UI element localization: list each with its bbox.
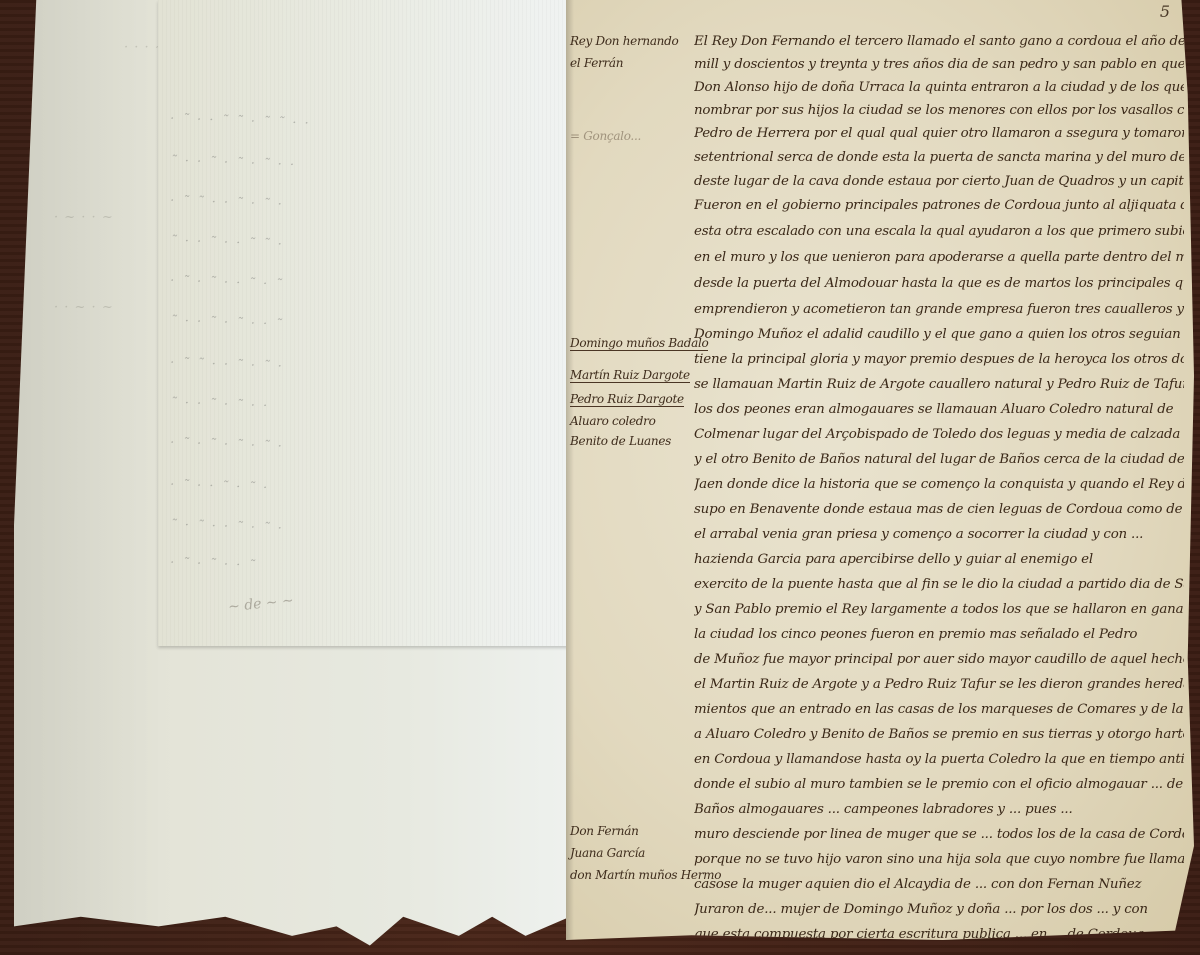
manuscript-line: se llamauan Martin Ruiz de Argote cauall… [694, 377, 1184, 401]
manuscript-line: y San Pablo premio el Rey largamente a t… [694, 602, 1184, 626]
manuscript-line: esta otra escalado con una escala la qua… [694, 224, 1184, 248]
manuscript-line: tiene la principal gloria y mayor premio… [694, 352, 1184, 376]
manuscript-line: El Rey Don Fernando el tercero llamado e… [694, 34, 1184, 58]
manuscript-line: donde el subio al muro tambien se le pre… [694, 777, 1184, 801]
manuscript-line: a Aluaro Coledro y Benito de Baños se pr… [694, 727, 1184, 751]
slip-bleed-line: · ˜ · · ˜ · ˜ · [170, 478, 540, 506]
margin-note: el Ferrán [570, 56, 623, 70]
slip-bleed-line: · ˜ · · ˜ ˜ · ˜ ˜ · · [170, 112, 540, 140]
manuscript-line: supo en Benavente donde estaua mas de ci… [694, 502, 1184, 526]
slip-bleed-line: · ˜ · ˜ · · ˜ · ˜ [170, 274, 540, 302]
manuscript-line: en Cordoua y llamandose hasta oy la puer… [694, 752, 1184, 776]
manuscript-line: setentrional serca de donde esta la puer… [694, 150, 1184, 174]
manuscript-line: el Martin Ruiz de Argote y a Pedro Ruiz … [694, 677, 1184, 701]
manuscript-line: mill y doscientos y treynta y tres años … [694, 57, 1184, 81]
margin-note: Benito de Luanes [570, 434, 671, 448]
manuscript-line: Baños almogauares ... campeones labrador… [694, 802, 1184, 826]
folio-number: 5 [1160, 2, 1170, 21]
bleed-through-mark: · ~ · · ~ [54, 210, 114, 225]
slip-bleed-line: ˜ · ˜ · · ˜ · ˜ · [170, 518, 540, 546]
manuscript-line: el arrabal venia gran priesa y començo a… [694, 527, 1184, 551]
page-fold-shadow [14, 0, 164, 955]
slip-bleed-line: ˜ · · ˜ · ˜ · ˜ · · [170, 154, 540, 182]
manuscript-line: Pedro de Herrera por el qual qual quier … [694, 126, 1184, 150]
manuscript-line: muro desciende por linea de muger que se… [694, 827, 1184, 851]
margin-note: Juana García [570, 846, 645, 860]
manuscript-line: Juraron de... mujer de Domingo Muñoz y d… [694, 902, 1184, 926]
margin-note: Domingo muños Badalo [570, 336, 708, 351]
manuscript-line: Jaen donde dice la historia que se comen… [694, 477, 1184, 501]
manuscript-line: la ciudad los cinco peones fueron en pre… [694, 627, 1184, 651]
margin-note: = Gonçalo... [570, 129, 641, 143]
slip-bleed-line: · ˜ ˜ · · ˜ · ˜ · [170, 356, 540, 384]
manuscript-line: y el otro Benito de Baños natural del lu… [694, 452, 1184, 476]
inserted-paper-slip: · ˜ · · ˜ ˜ · ˜ ˜ · · ˜ · · ˜ · ˜ · ˜ · … [158, 0, 570, 646]
manuscript-line: deste lugar de la cava donde estaua por … [694, 174, 1184, 198]
manuscript-line: Don Alonso hijo de doña Urraca la quinta… [694, 80, 1184, 104]
manuscript-line: casose la muger aquien dio el Alcaydia d… [694, 877, 1184, 901]
manuscript-line: exercito de la puente hasta que al fin s… [694, 577, 1184, 601]
manuscript-line: de Muñoz fue mayor principal por auer si… [694, 652, 1184, 676]
slip-bleed-line: ˜ · · ˜ · ˜ · · ˜ [170, 314, 540, 342]
manuscript-line: nombrar por sus hijos la ciudad se los m… [694, 103, 1184, 127]
slip-bleed-line: ˜ · · ˜ · · ˜ ˜ · [170, 234, 540, 262]
margin-note: Rey Don hernando [570, 34, 678, 48]
margin-note: Aluaro coledro [570, 414, 656, 428]
manuscript-line: Domingo Muñoz el adalid caudillo y el qu… [694, 327, 1184, 351]
manuscript-line: emprendieron y acometieron tan grande em… [694, 302, 1184, 326]
manuscript-line: porque no se tuvo hijo varon sino una hi… [694, 852, 1184, 876]
margin-note: Pedro Ruiz Dargote [570, 392, 684, 407]
slip-bleed-line: ˜ · · ˜ · ˜ · · [170, 396, 540, 424]
manuscript-line: hazienda Garcia para apercibirse dello y… [694, 552, 1184, 576]
slip-signature: ~ de ~ ~ [227, 593, 294, 616]
slip-bleed-line: · ˜ · ˜ · · ˜ [170, 556, 540, 584]
manuscript-line: desde la puerta del Almodouar hasta la q… [694, 276, 1184, 300]
slip-bleed-line: · ˜ ˜ · · ˜ · ˜ · [170, 194, 540, 222]
right-page-manuscript-folio: 5 Rey Don hernando el Ferrán = Gonçalo..… [566, 0, 1194, 940]
margin-note: Don Fernán [570, 824, 639, 838]
manuscript-line: mientos que an entrado en las casas de l… [694, 702, 1184, 726]
manuscript-line: Fueron en el gobierno principales patron… [694, 198, 1184, 222]
manuscript-line: en el muro y los que uenieron para apode… [694, 250, 1184, 274]
margin-note: Martín Ruiz Dargote [570, 368, 690, 383]
manuscript-line: los dos peones eran almogauares se llama… [694, 402, 1184, 426]
bleed-through-mark: · · ~ · ~ [54, 300, 114, 315]
manuscript-line: Colmenar lugar del Arçobispado de Toledo… [694, 427, 1184, 451]
slip-bleed-line: · ˜ · ˜ · ˜ · ˜ · [170, 436, 540, 464]
